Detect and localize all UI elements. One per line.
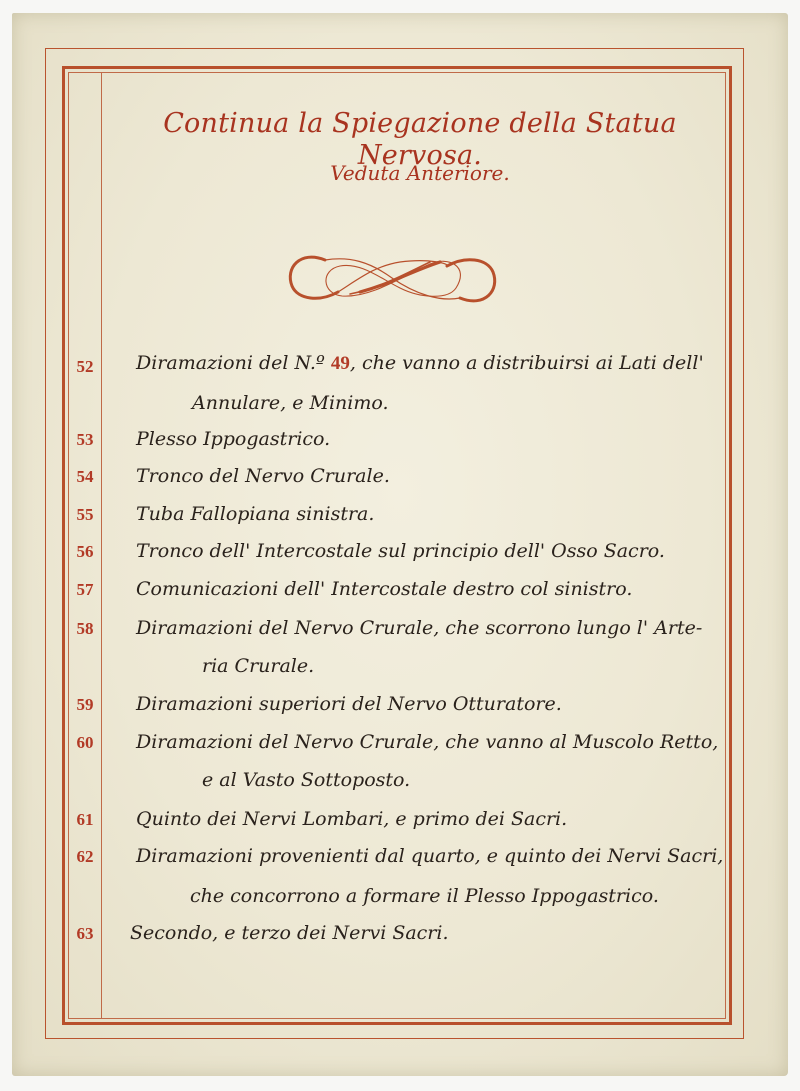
entry-number: 53 xyxy=(70,430,100,450)
number-column-divider xyxy=(101,73,102,1018)
entry-number: 59 xyxy=(70,695,100,715)
entry-text: Diramazioni del Nervo Crurale, che scorr… xyxy=(136,617,716,639)
entry-text-part: , che vanno a distribuirsi ai Lati dell' xyxy=(350,352,704,374)
manuscript-page: Continua la Spiegazione della Statua Ner… xyxy=(0,0,800,1091)
entry-text: Tuba Fallopiana sinistra. xyxy=(136,503,716,525)
entry-number: 56 xyxy=(70,542,100,562)
entry-text-part: Diramazioni del N.º xyxy=(136,352,325,374)
entry-number: 57 xyxy=(70,580,100,600)
entry-continuation: ria Crurale. xyxy=(202,655,314,677)
entry-text: Tronco dell' Intercostale sul principio … xyxy=(136,540,716,562)
entry-text: Diramazioni del N.º 49, che vanno a dist… xyxy=(136,352,716,375)
entry-continuation: che concorrono a formare il Plesso Ippog… xyxy=(190,885,659,907)
flourish-ornament-icon xyxy=(280,248,505,310)
entry-text: Quinto dei Nervi Lombari, e primo dei Sa… xyxy=(136,808,716,830)
entry-continuation: Annulare, e Minimo. xyxy=(192,392,389,414)
page-subtitle: Veduta Anteriore. xyxy=(100,160,740,186)
entry-number: 52 xyxy=(70,357,100,377)
entry-number: 60 xyxy=(70,733,100,753)
entry-text: Tronco del Nervo Crurale. xyxy=(136,465,716,487)
entry-number: 54 xyxy=(70,467,100,487)
entry-number: 62 xyxy=(70,847,100,867)
entry-text: Diramazioni superiori del Nervo Otturato… xyxy=(136,693,716,715)
entry-number: 61 xyxy=(70,810,100,830)
entry-text: Plesso Ippogastrico. xyxy=(136,428,716,450)
entry-continuation: e al Vasto Sottoposto. xyxy=(202,769,410,791)
entry-text: Comunicazioni dell' Intercostale destro … xyxy=(136,578,716,600)
entry-text: Secondo, e terzo dei Nervi Sacri. xyxy=(130,922,710,944)
entry-number: 55 xyxy=(70,505,100,525)
entry-text: Diramazioni provenienti dal quarto, e qu… xyxy=(136,845,716,867)
entry-text: Diramazioni del Nervo Crurale, che vanno… xyxy=(136,731,716,753)
entry-number: 63 xyxy=(70,924,100,944)
entry-number: 58 xyxy=(70,619,100,639)
cross-reference-number: 49 xyxy=(331,353,350,374)
